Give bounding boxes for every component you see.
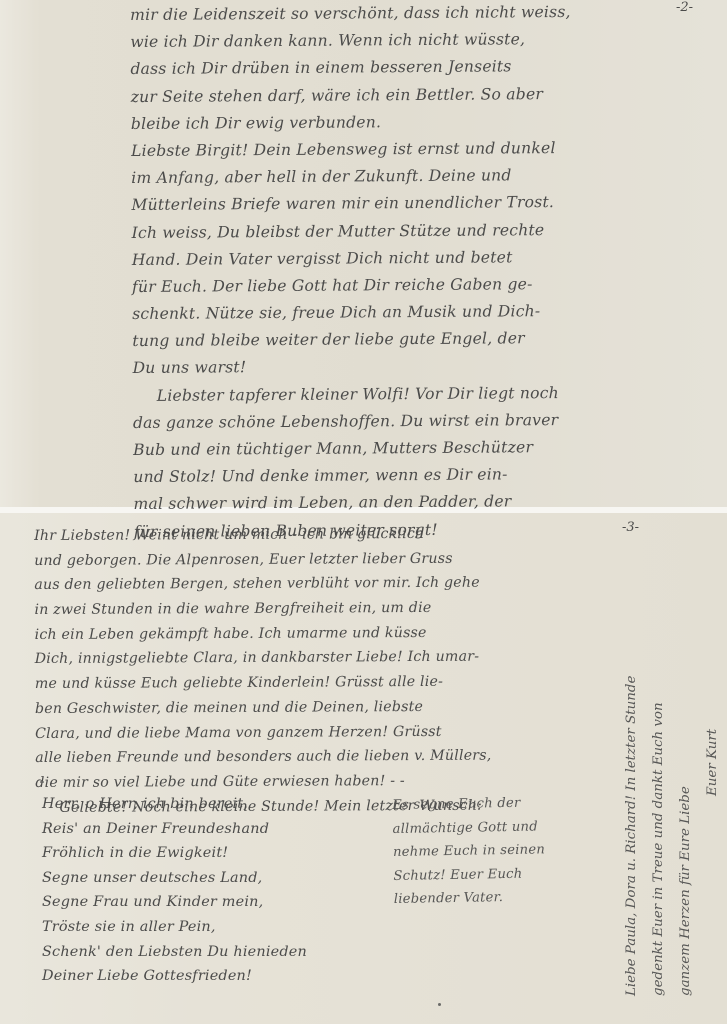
- text-line: bleibe ich Dir ewig verbunden.: [131, 108, 572, 138]
- text-line: aus den geliebten Bergen, stehen verblüh…: [34, 571, 490, 598]
- text-line: Mütterleins Briefe waren mir ein unendli…: [131, 189, 572, 219]
- text-line: dass ich Dir drüben in einem besseren Je…: [130, 53, 571, 83]
- closing-blessing: Es segne Euch derallmächtige Gott undneh…: [392, 791, 546, 911]
- text-line: schenkt. Nütze sie, freue Dich an Musik …: [132, 298, 573, 328]
- text-line: liebender Vater.: [394, 885, 546, 911]
- text-line: Liebster tapferer kleiner Wolfi! Vor Dir…: [133, 380, 574, 410]
- text-line: Hand. Dein Vater vergisst Dich nicht und…: [132, 244, 573, 274]
- text-line: Ihr Liebsten! Weint nicht um mich - ich …: [34, 522, 490, 549]
- text-line: und geborgen. Die Alpenrosen, Euer letzt…: [34, 546, 490, 573]
- text-line: im Anfang, aber hell in der Zukunft. Dei…: [131, 162, 572, 192]
- text-line: me und küsse Euch geliebte Kinderlein! G…: [35, 670, 491, 697]
- letter-body-page-2: mir die Leidenszeit so verschönt, dass i…: [130, 0, 574, 546]
- ink-mark: [40, 781, 44, 783]
- text-line: ich ein Leben gekämpft habe. Ich umarme …: [35, 620, 491, 647]
- paper-speck: [438, 1003, 441, 1006]
- text-line: Bub und ein tüchtiger Mann, Mutters Besc…: [133, 434, 574, 464]
- text-line: Dich, innigstgeliebte Clara, in dankbars…: [35, 645, 491, 672]
- signature: Euer Kurt: [699, 676, 726, 996]
- letter-body-page-3: Ihr Liebsten! Weint nicht um mich - ich …: [34, 522, 492, 821]
- text-line: in zwei Stunden in die wahre Bergfreihei…: [34, 596, 490, 623]
- text-line: Schenk' den Liebsten Du hienieden: [42, 940, 307, 965]
- text-line: Segne unser deutsches Land,: [42, 866, 307, 891]
- text-line: allmächtige Gott und: [392, 815, 544, 841]
- text-line: Es segne Euch der: [392, 791, 544, 817]
- text-line: Ich weiss, Du bleibst der Mutter Stütze …: [132, 216, 573, 246]
- text-line: nehme Euch in seinen: [393, 838, 545, 864]
- text-line: zur Seite stehen darf, wäre ich ein Bett…: [131, 80, 572, 110]
- text-line: Segne Frau und Kinder mein,: [42, 890, 307, 915]
- text-line: für Euch. Der liebe Gott hat Dir reiche …: [132, 271, 573, 301]
- text-line: Fröhlich in die Ewigkeit!: [42, 841, 307, 866]
- page-number: -2-: [676, 0, 693, 15]
- text-line: ganzem Herzen für Eure Liebe: [672, 676, 699, 996]
- poem-verse: Herr, o Herr, ich bin bereit,Reis' an De…: [42, 792, 307, 989]
- text-line: Schutz! Euer Euch: [393, 862, 545, 888]
- text-line: Liebste Birgit! Dein Lebensweg ist ernst…: [131, 135, 572, 165]
- text-line: Du uns warst!: [132, 352, 573, 382]
- text-line: das ganze schöne Lebenshoffen. Du wirst …: [133, 407, 574, 437]
- text-line: mal schwer wird im Leben, an den Padder,…: [133, 488, 574, 518]
- text-line: Herr, o Herr, ich bin bereit,: [42, 792, 307, 817]
- text-line: Liebe Paula, Dora u. Richard! In letzter…: [618, 676, 645, 996]
- text-line: alle lieben Freunde und besonders auch d…: [35, 744, 491, 771]
- text-line: mir die Leidenszeit so verschönt, dass i…: [130, 0, 571, 29]
- text-line: gedenkt Euer in Treue und dankt Euch von: [645, 676, 672, 996]
- text-line: wie ich Dir danken kann. Wenn ich nicht …: [130, 26, 571, 56]
- text-line: Deiner Liebe Gottesfrieden!: [42, 964, 307, 989]
- vertical-margin-note: Liebe Paula, Dora u. Richard! In letzter…: [618, 676, 726, 996]
- text-line: Reis' an Deiner Freundeshand: [42, 817, 307, 842]
- text-line: und Stolz! Und denke immer, wenn es Dir …: [133, 461, 574, 491]
- page-number: -3-: [622, 520, 639, 535]
- text-line: tung und bleibe weiter der liebe gute En…: [132, 325, 573, 355]
- text-line: ben Geschwister, die meinen und die Dein…: [35, 694, 491, 721]
- text-line: Clara, und die liebe Mama von ganzem Her…: [35, 719, 491, 746]
- text-line: Tröste sie in aller Pein,: [42, 915, 307, 940]
